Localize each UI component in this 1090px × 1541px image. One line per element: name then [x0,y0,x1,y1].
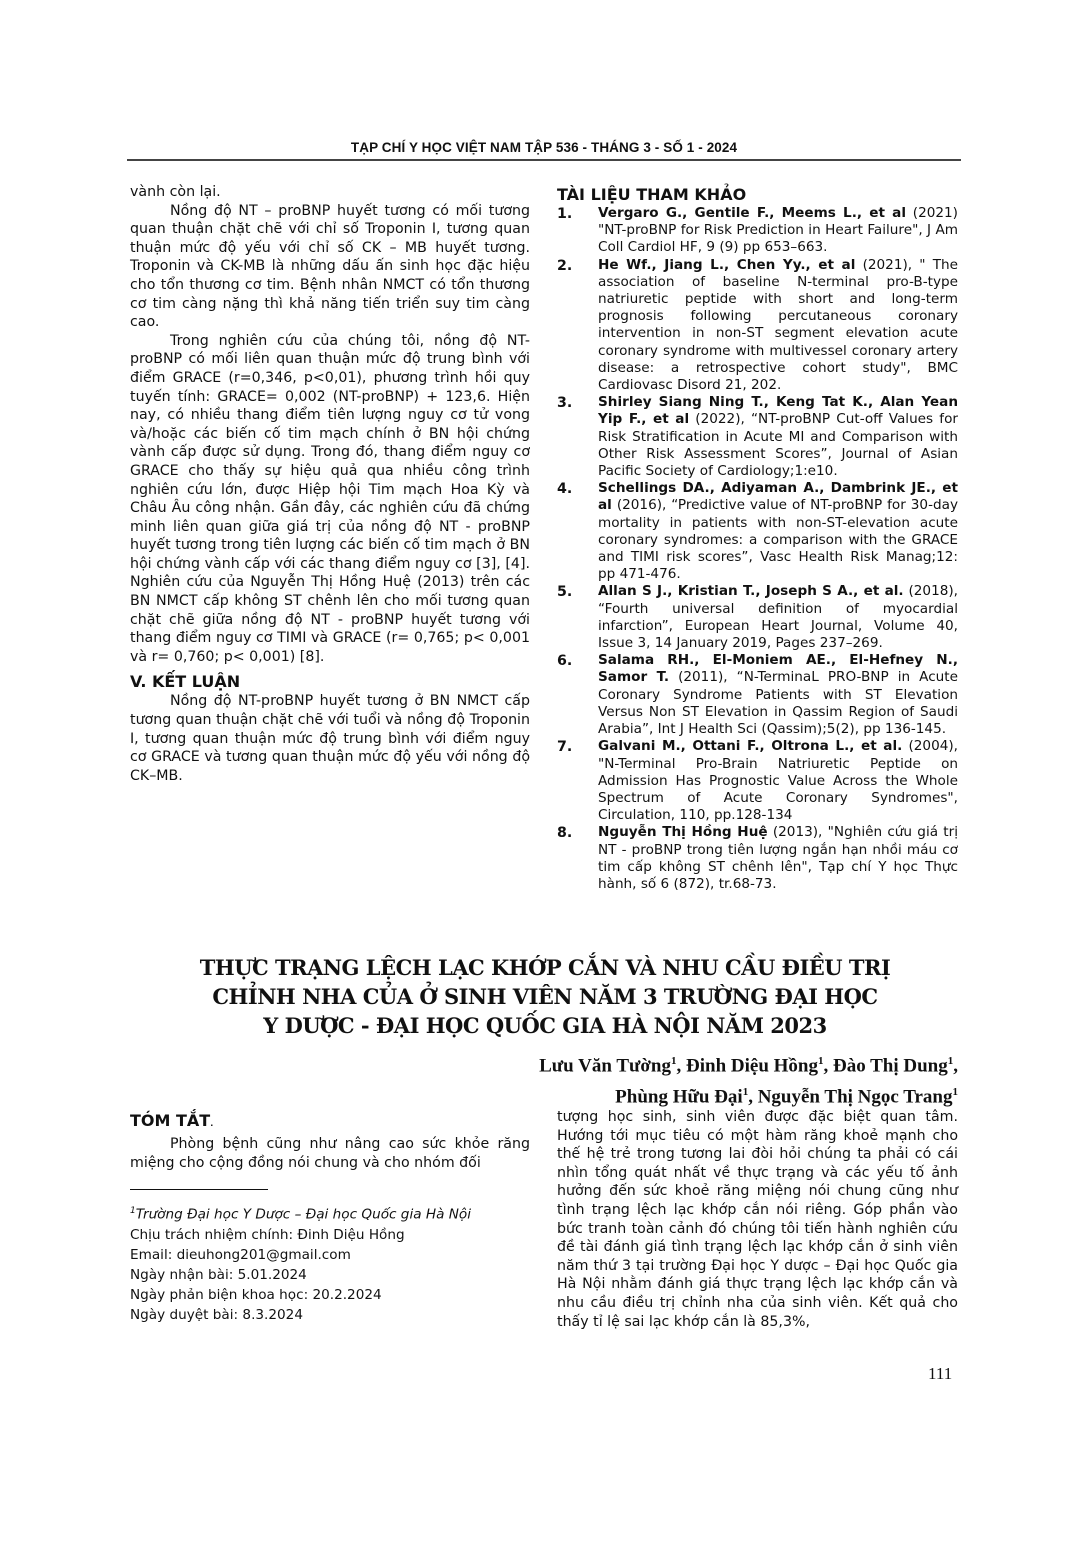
article-title-line: CHỈNH NHA CỦA Ở SINH VIÊN NĂM 3 TRƯỜNG Đ… [150,982,940,1011]
corresponding-author: Chịu trách nhiệm chính: Đinh Diệu Hồng [130,1225,540,1245]
footnotes: 1Trường Đại học Y Dược – Đại học Quốc gi… [130,1201,540,1325]
article-title: THỰC TRẠNG LỆCH LẠC KHỚP CẮN VÀ NHU CẦU … [150,953,940,1040]
article-title-line: Y DƯỢC - ĐẠI HỌC QUỐC GIA HÀ NỘI NĂM 202… [150,1011,940,1040]
contact-email: Email: dieuhong201@gmail.com [130,1245,540,1265]
reference-item: 1. Vergaro G., Gentile F., Meems L., et … [557,205,958,257]
reference-item: 8. Nguyễn Thị Hồng Huệ (2013), "Nghiên c… [557,824,958,893]
date-received: Ngày nhận bài: 5.01.2024 [130,1265,540,1285]
reference-number: 4. [557,480,598,583]
reference-item: 6. Salama RH., El-Moniem AE., El-Hefney … [557,652,958,738]
references-heading: TÀI LIỆU THAM KHẢO [557,186,958,204]
reference-number: 3. [557,394,598,480]
abstract-left-column: TÓM TẮT. Phòng bệnh cũng như nâng cao sứ… [130,1110,530,1172]
conclusion-heading: V. KẾT LUẬN [130,672,530,692]
abstract-heading: TÓM TẮT. [130,1110,530,1135]
author-name: Đào Thị Dung [833,1055,948,1076]
reference-number: 2. [557,257,598,395]
reference-number: 7. [557,738,598,824]
reference-item: 7. Galvani M., Ottani F., Oltrona L., et… [557,738,958,824]
reference-item: 5. Allan S J., Kristian T., Joseph S A.,… [557,583,958,652]
left-column: vành còn lại. Nồng độ NT – proBNP huyết … [130,183,530,785]
paragraph-discussion-2: Trong nghiên cứu của chúng tôi, nồng độ … [130,332,530,667]
reference-authors: Galvani M., Ottani F., Oltrona L., et al… [598,738,902,754]
reference-authors: Nguyễn Thị Hồng Huệ [598,824,768,840]
journal-page: TẠP CHÍ Y HỌC VIỆT NAM TẬP 536 - THÁNG 3… [0,0,1090,1541]
reference-number: 1. [557,205,598,257]
reference-number: 8. [557,824,598,893]
reference-authors: Allan S J., Kristian T., Joseph S A., et… [598,583,904,599]
paragraph-continuation: vành còn lại. [130,183,530,202]
author-line: Phùng Hữu Đại1, Nguyễn Thị Ngọc Trang1 [430,1079,958,1110]
abstract-right-column: tượng học sinh, sinh viên được đặc biệt … [557,1108,958,1331]
author-affiliation-mark: 1 [953,1086,959,1098]
reference-item: 4. Schellings DA., Adiyaman A., Dambrink… [557,480,958,583]
author-name: Lưu Văn Tường [539,1055,671,1076]
author-name: Nguyễn Thị Ngọc Trang [758,1087,953,1108]
author-name: Đinh Diệu Hồng [686,1055,818,1076]
author-name: Phùng Hữu Đại [615,1087,743,1108]
footnote-rule [130,1189,268,1190]
affiliation-footnote: 1Trường Đại học Y Dược – Đại học Quốc gi… [130,1201,540,1225]
reference-authors: Vergaro G., Gentile F., Meems L., et al [598,205,906,221]
reference-details: (2016), “Predictive value of NT-proBNP f… [598,497,958,582]
reference-item: 3. Shirley Siang Ning T., Keng Tat K., A… [557,394,958,480]
header-rule [127,159,961,161]
date-reviewed: Ngày phản biện khoa học: 20.2.2024 [130,1285,540,1305]
reference-item: 2. He Wf., Jiang L., Chen Yy., et al (20… [557,257,958,395]
reference-details: (2021), " The association of baseline N-… [598,257,958,393]
page-number: 111 [928,1364,952,1384]
references-section: TÀI LIỆU THAM KHẢO 1. Vergaro G., Gentil… [557,186,958,893]
reference-authors: He Wf., Jiang L., Chen Yy., et al [598,257,855,273]
author-line: Lưu Văn Tường1, Đinh Diệu Hồng1, Đào Thị… [430,1048,958,1079]
paragraph-discussion-1: Nồng độ NT – proBNP huyết tương có mối t… [130,202,530,332]
abstract-paragraph-start: Phòng bệnh cũng như nâng cao sức khỏe ră… [130,1135,530,1172]
author-list: Lưu Văn Tường1, Đinh Diệu Hồng1, Đào Thị… [430,1048,958,1111]
date-accepted: Ngày duyệt bài: 8.3.2024 [130,1305,540,1325]
reference-number: 5. [557,583,598,652]
conclusion-paragraph: Nồng độ NT-proBNP huyết tương ở BN NMCT … [130,692,530,785]
reference-number: 6. [557,652,598,738]
article-title-line: THỰC TRẠNG LỆCH LẠC KHỚP CẮN VÀ NHU CẦU … [150,953,940,982]
running-header: TẠP CHÍ Y HỌC VIỆT NAM TẬP 536 - THÁNG 3… [127,140,961,155]
